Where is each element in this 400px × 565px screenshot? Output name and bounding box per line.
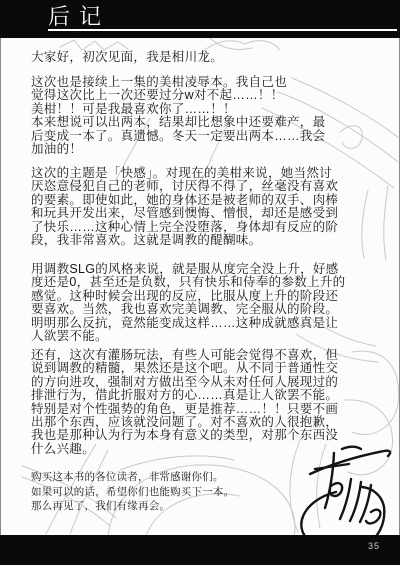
title-underline: [48, 29, 397, 31]
paragraph-greeting: 大家好，初次见面，我是相川龙。: [31, 51, 371, 64]
paragraph-play: 还有，这次有灌肠玩法，有些人可能会觉得不喜欢，但 说到调教的精髓，果然还是这个吧…: [31, 349, 371, 456]
afterword-page: 后记 大家好，初次见面，我是相川龙。 这次也是接续上一集的美柑凌辱本。我自己也 …: [0, 0, 400, 565]
afterword-text: 大家好，初次见面，我是相川龙。 这次也是接续上一集的美柑凌辱本。我自己也 觉得这…: [0, 0, 400, 565]
page-number: 35: [368, 541, 380, 551]
paragraph-closing: 购买这本书的各位读者，非常感谢你们。 如果可以的话，希望你们也能购买下一本。 那…: [31, 470, 371, 514]
afterword-header-bar: 后记: [0, 0, 400, 38]
footer-bar: 35: [0, 535, 400, 565]
paragraph-theme: 这次的主题是「快感」。对现在的美柑来说，她当然讨 厌恣意侵犯自己的老师，讨厌得不…: [31, 167, 371, 247]
paragraph-slg: 用调教SLG的风格来说，就是服从度完全没上升，好感 度还是0，甚至还是负数，只有…: [31, 263, 371, 343]
paragraph-intro: 这次也是接续上一集的美柑凌辱本。我自己也 觉得这次比上一次还要过分w对不起……！…: [31, 76, 371, 156]
page-title: 后记: [48, 5, 110, 29]
